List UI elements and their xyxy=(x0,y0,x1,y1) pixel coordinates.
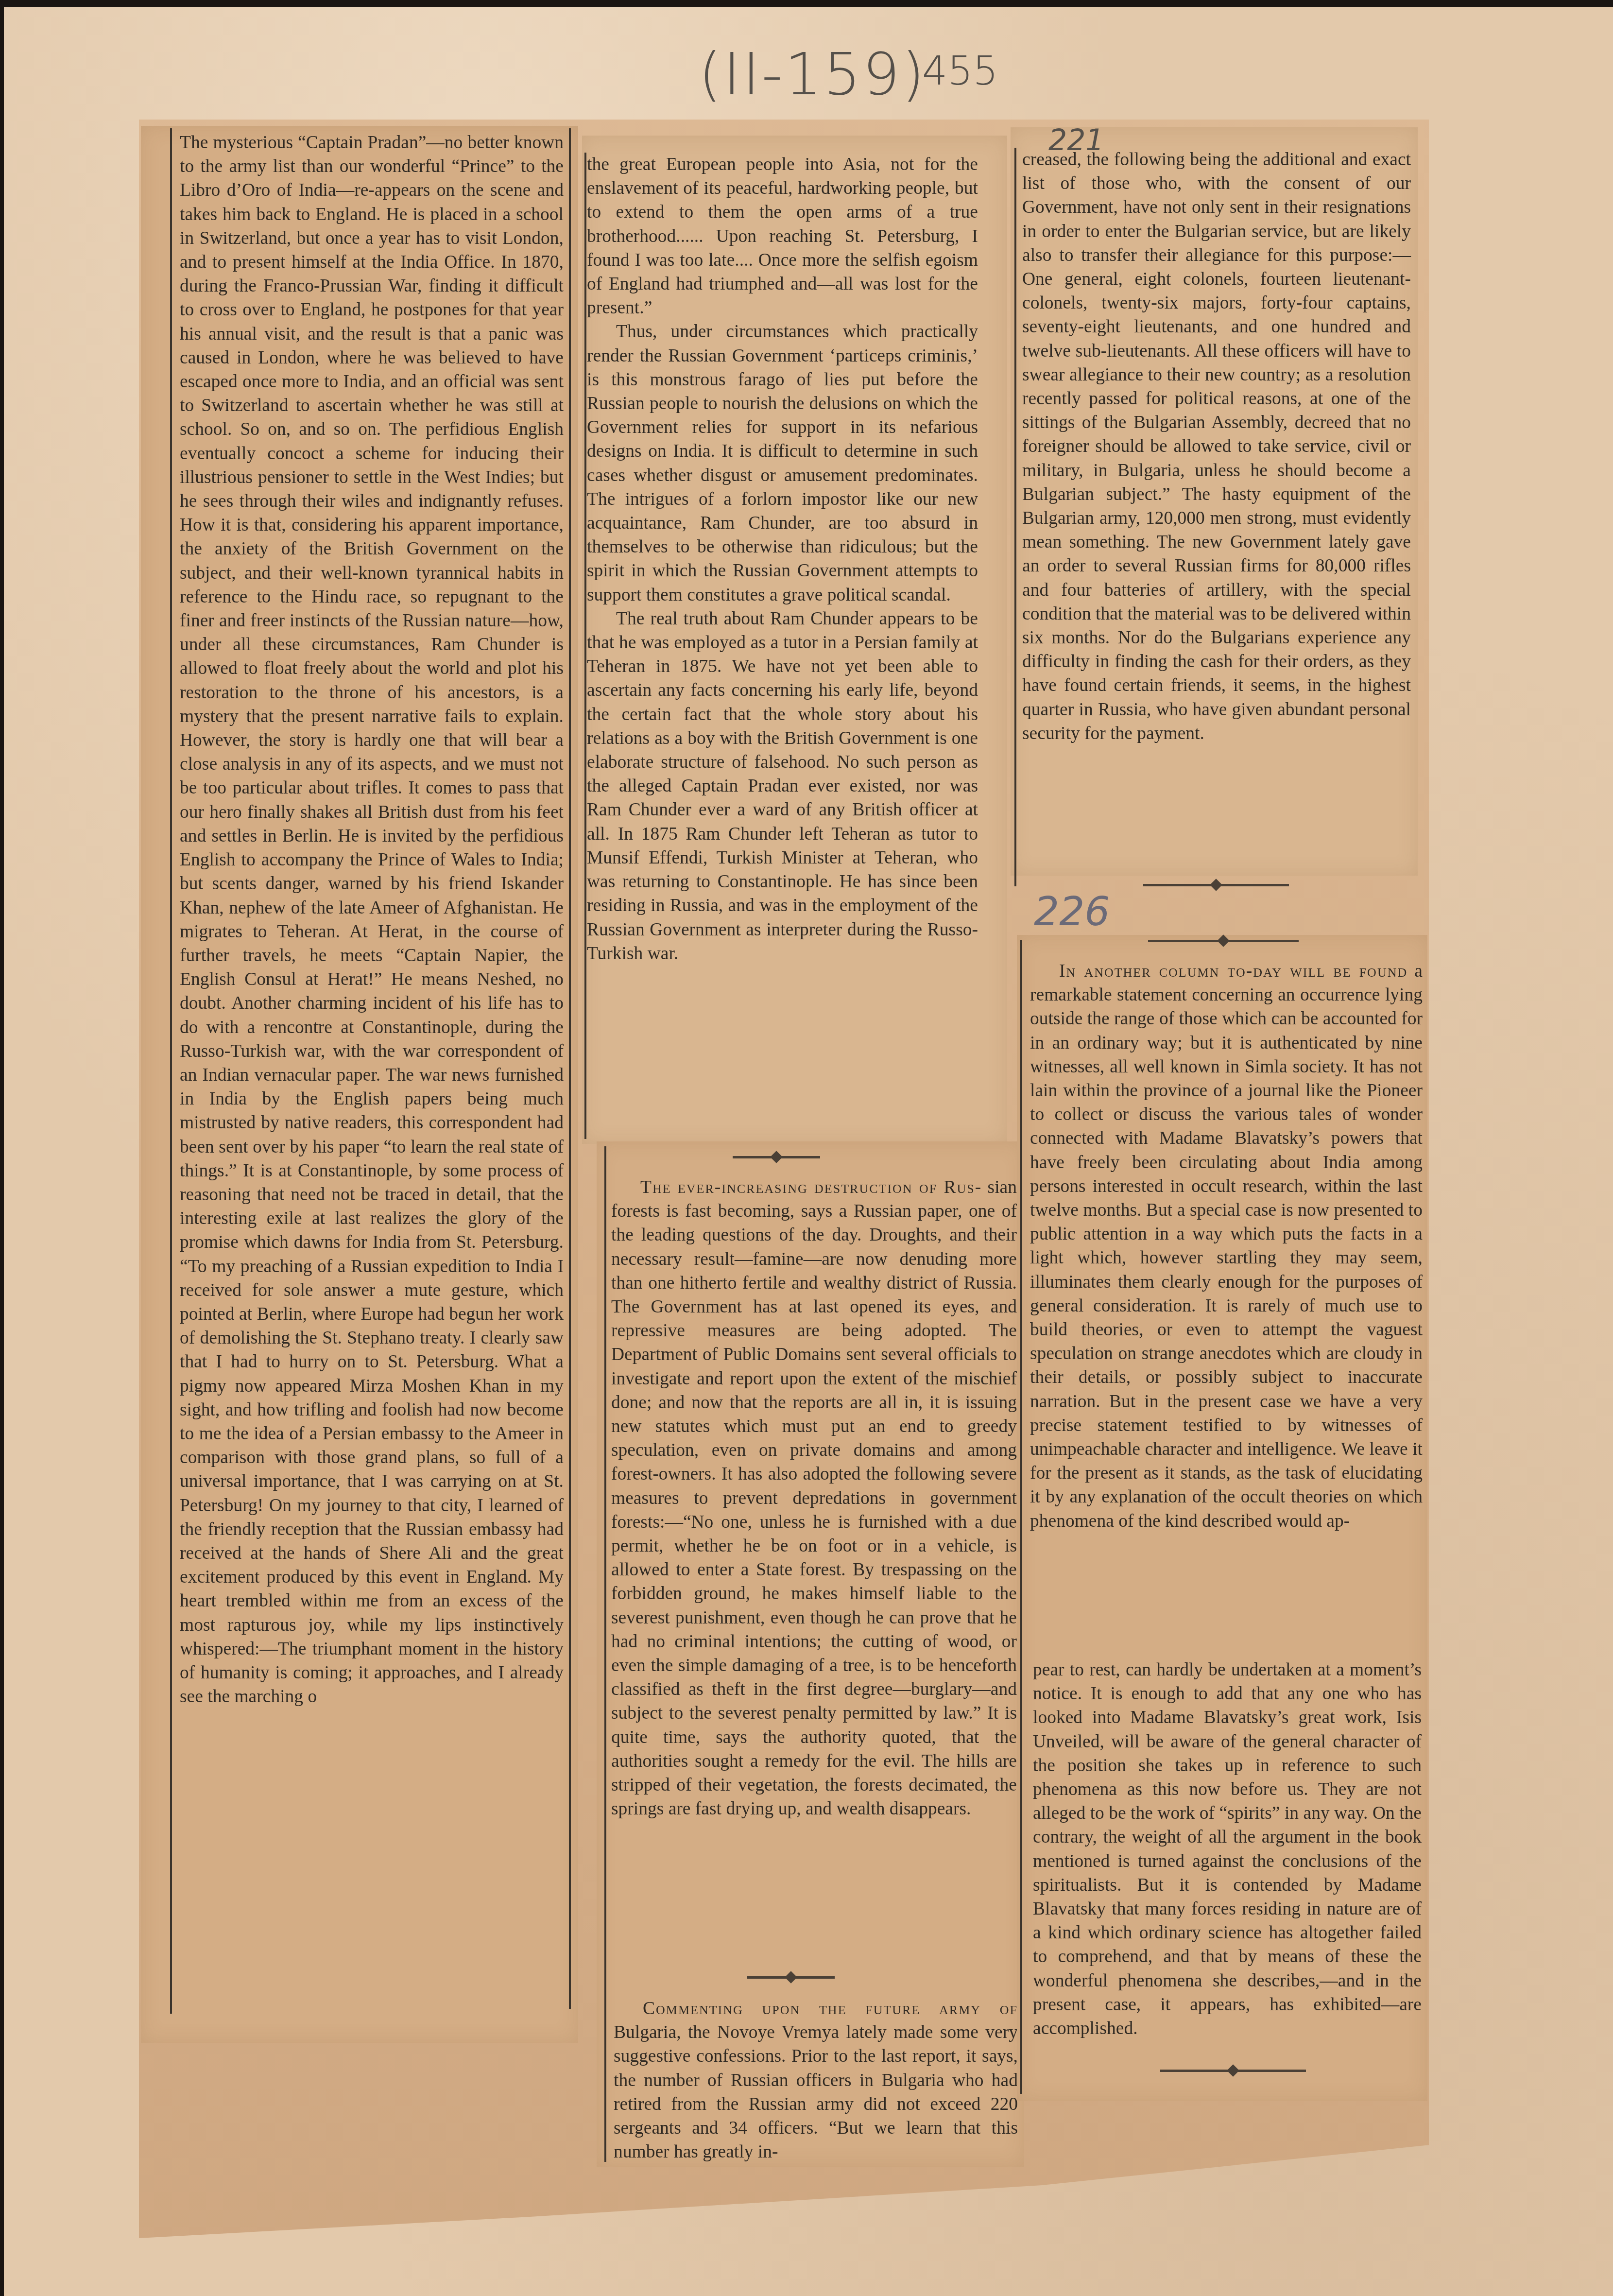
column-rule-2-top xyxy=(584,153,586,1139)
section-separator xyxy=(1160,2067,1306,2074)
article-paragraph: the great European people into Asia, not… xyxy=(587,153,978,320)
article-paragraph: Commenting upon the future army of Bulga… xyxy=(614,1997,1018,2164)
article-paragraph: In another column to-day will be found a… xyxy=(1030,959,1423,1533)
article-blavatsky-continued: pear to rest, can hardly be undertaken a… xyxy=(1033,1658,1422,2040)
article-russian-forests: The ever-increasing destruction of Rus- … xyxy=(611,1175,1017,1821)
article-bulgarian-army-col3: creased, the following being the additio… xyxy=(1022,148,1411,745)
article-paragraph: Thus, under circumstances which practica… xyxy=(587,320,978,606)
article-paragraph: creased, the following being the additio… xyxy=(1022,148,1411,745)
lead-smallcaps: The ever-increasing destruction of Rus- xyxy=(640,1177,982,1197)
column-rule-1-2 xyxy=(569,128,571,2009)
catalog-mark: (II-159) xyxy=(699,41,927,108)
article-body: sian forests is fast becoming, says a Ru… xyxy=(611,1177,1017,1819)
column-rule-3-bottom xyxy=(1020,940,1022,2094)
hand-note-226: 226 xyxy=(1034,889,1110,935)
section-separator xyxy=(1148,937,1299,944)
column-rule-left xyxy=(170,128,172,2014)
page-number: 455 xyxy=(922,48,998,94)
article-bulgarian-army-col2: Commenting upon the future army of Bulga… xyxy=(614,1997,1018,2164)
column-rule-3-top xyxy=(1014,148,1016,886)
article-captain-pradan-col2: the great European people into Asia, not… xyxy=(587,153,978,966)
column-rule-2-bottom xyxy=(604,1146,606,2162)
lead-smallcaps: Commenting upon the future army of xyxy=(643,1999,1018,2019)
article-paragraph: The mysterious “Captain Pradan”—no bette… xyxy=(180,131,564,1709)
article-paragraph: The ever-increasing destruction of Rus- … xyxy=(611,1175,1017,1821)
section-separator xyxy=(747,1974,835,1981)
article-paragraph: The real truth about Ram Chunder appears… xyxy=(587,607,978,966)
section-separator xyxy=(733,1154,820,1160)
section-separator xyxy=(1143,881,1289,888)
article-blavatsky: In another column to-day will be found a… xyxy=(1030,959,1423,1533)
article-body: Bulgaria, the Novoye Vremya lately made … xyxy=(614,2022,1018,2162)
lead-smallcaps: In another column to-day will be found xyxy=(1059,961,1407,981)
scrapbook-page: (II-159) 455 The mysterious “Captain Pra… xyxy=(4,7,1613,2296)
article-paragraph: pear to rest, can hardly be undertaken a… xyxy=(1033,1658,1422,2040)
article-body: a remarkable statement concerning an occ… xyxy=(1030,961,1423,1531)
article-captain-pradan-col1: The mysterious “Captain Pradan”—no bette… xyxy=(180,131,564,1709)
